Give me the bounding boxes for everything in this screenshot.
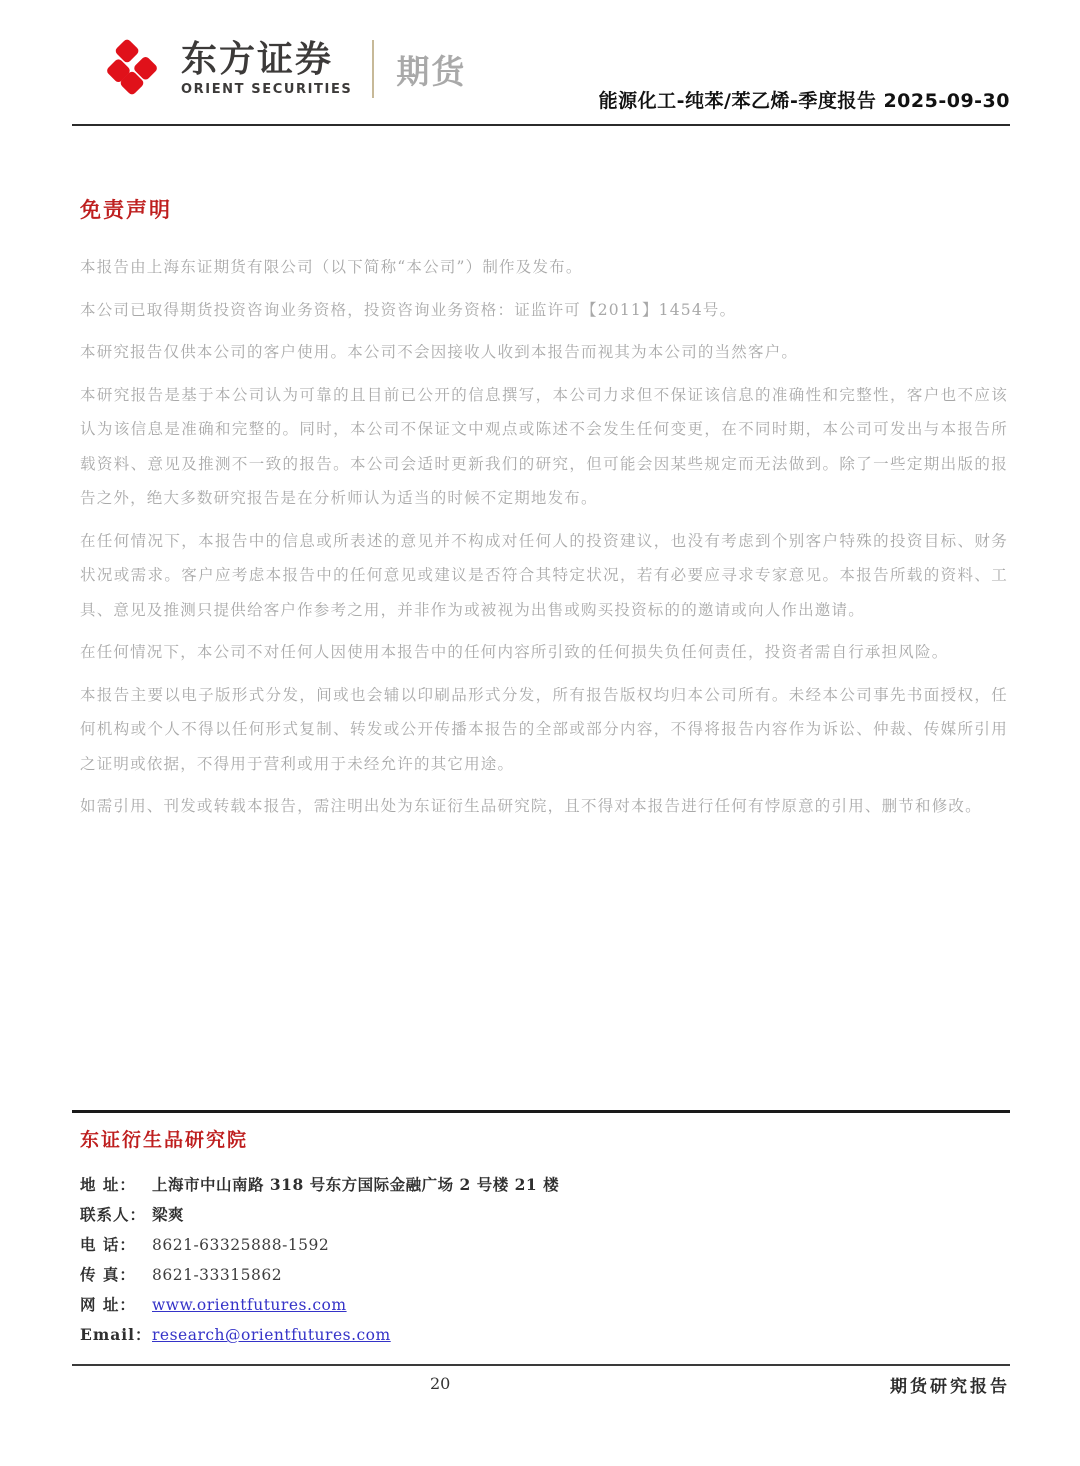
footer-report-type: 期货研究报告 xyxy=(890,1372,1010,1397)
disclaimer-paragraph: 本研究报告是基于本公司认为可靠的且目前已公开的信息撰写，本公司力求但不保证该信息… xyxy=(80,378,1008,516)
contact-row-email: Email： research@orientfutures.com xyxy=(80,1320,1010,1350)
contact-address-value: 上海市中山南路 318 号东方国际金融广场 2 号楼 21 楼 xyxy=(152,1170,559,1200)
contact-label: 联系人： xyxy=(80,1200,152,1230)
disclaimer-paragraph: 本报告主要以电子版形式分发，间或也会辅以印刷品形式分发，所有报告版权均归本公司所… xyxy=(80,678,1008,782)
contact-person-value: 梁爽 xyxy=(152,1200,184,1230)
contact-row-person: 联系人： 梁爽 xyxy=(80,1200,1010,1230)
institute-section: 东证衍生品研究院 地 址： 上海市中山南路 318 号东方国际金融广场 2 号楼… xyxy=(72,1110,1010,1350)
contact-phone-value: 8621-63325888-1592 xyxy=(152,1230,329,1260)
page-number: 20 xyxy=(430,1374,450,1393)
header-logo: 东方证券 ORIENT SECURITIES 期货 xyxy=(95,30,466,108)
document-page: 东方证券 ORIENT SECURITIES 期货 能源化工-纯苯/苯乙烯-季度… xyxy=(0,0,1080,1466)
contact-label: 地 址： xyxy=(80,1170,152,1200)
disclaimer-paragraph: 本研究报告仅供本公司的客户使用。本公司不会因接收人收到本报告而视其为本公司的当然… xyxy=(80,335,1008,370)
contact-label: 电 话： xyxy=(80,1230,152,1260)
contact-label: Email： xyxy=(80,1320,152,1350)
brand-name-en: ORIENT SECURITIES xyxy=(181,82,352,97)
footer-rule xyxy=(72,1364,1010,1366)
disclaimer-heading: 免责声明 xyxy=(80,194,1008,224)
brand-name-cn: 东方证券 xyxy=(181,41,352,79)
header-rule xyxy=(72,124,1010,126)
contact-row-phone: 电 话： 8621-63325888-1592 xyxy=(80,1230,1010,1260)
brand-text: 东方证券 ORIENT SECURITIES xyxy=(181,41,352,97)
division-label: 期货 xyxy=(396,46,466,93)
orient-securities-logo-icon xyxy=(95,30,169,108)
contact-row-address: 地 址： 上海市中山南路 318 号东方国际金融广场 2 号楼 21 楼 xyxy=(80,1170,1010,1200)
disclaimer-paragraph: 如需引用、刊发或转载本报告，需注明出处为东证衍生品研究院，且不得对本报告进行任何… xyxy=(80,789,1008,824)
institute-heading: 东证衍生品研究院 xyxy=(80,1125,1010,1152)
contact-label: 传 真： xyxy=(80,1260,152,1290)
contact-label: 网 址： xyxy=(80,1290,152,1320)
disclaimer-section: 免责声明 本报告由上海东证期货有限公司（以下简称“本公司”）制作及发布。 本公司… xyxy=(80,194,1008,832)
disclaimer-paragraph: 在任何情况下，本报告中的信息或所表述的意见并不构成对任何人的投资建议，也没有考虑… xyxy=(80,524,1008,628)
disclaimer-paragraph: 在任何情况下，本公司不对任何人因使用本报告中的任何内容所引致的任何损失负任何责任… xyxy=(80,635,1008,670)
website-link[interactable]: www.orientfutures.com xyxy=(152,1290,347,1320)
contact-row-fax: 传 真： 8621-33315862 xyxy=(80,1260,1010,1290)
report-title: 能源化工-纯苯/苯乙烯-季度报告 2025-09-30 xyxy=(599,86,1010,113)
contact-row-website: 网 址： www.orientfutures.com xyxy=(80,1290,1010,1320)
contact-fax-value: 8621-33315862 xyxy=(152,1260,282,1290)
institute-rule xyxy=(72,1110,1010,1113)
disclaimer-paragraph: 本公司已取得期货投资咨询业务资格，投资咨询业务资格：证监许可【2011】1454… xyxy=(80,293,1008,328)
disclaimer-paragraph: 本报告由上海东证期货有限公司（以下简称“本公司”）制作及发布。 xyxy=(80,250,1008,285)
email-link[interactable]: research@orientfutures.com xyxy=(152,1320,391,1350)
logo-divider xyxy=(372,40,374,98)
